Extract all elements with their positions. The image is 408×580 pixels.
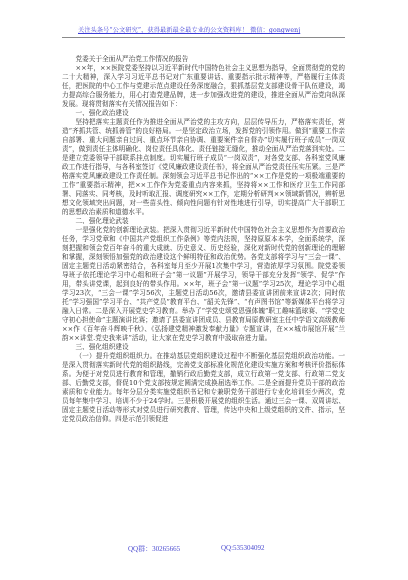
document-page: 关注头条号“公文研究”，获得最新最全最专业的公文资料库！ 微信：gongwenj…	[0, 0, 408, 580]
paragraph-section-1: 坚持把落实主题责任作为推进全面从严治党的主攻方向，层层传导压力，严格落实责任，营…	[62, 118, 345, 217]
footer-qq: QQ:535304092	[221, 544, 265, 552]
section-heading-1: 一、强化政治建设	[62, 109, 345, 118]
document-body: 党委关于全面从严治党工作情况的报告 ××年，××医院党委坚持以习近平新时代中国特…	[62, 55, 345, 424]
page-footer: QQ群：30265665 QQ:535304092	[0, 544, 408, 554]
section-heading-3: 三、强化组织建设	[62, 343, 345, 352]
header-banner-link[interactable]: 关注头条号“公文研究”，获得最新最全最专业的公文资料库！ 微信：gongwenj	[78, 26, 300, 35]
footer-qq-group: QQ群：30265665	[128, 544, 180, 554]
paragraph-section-2: 一是强化党的创新理论武装。把深入贯彻习近平新时代中国特色社会主义思想作为首要政治…	[62, 226, 345, 343]
page-header: 关注头条号“公文研究”，获得最新最全最专业的公文资料库！ 微信：gongwenj	[62, 26, 345, 38]
section-heading-2: 二、强化理论武装	[62, 217, 345, 226]
paragraph-intro: ××年，××医院党委坚持以习近平新时代中国特色社会主义思想为指导，全面贯彻党的党…	[62, 64, 345, 109]
document-title: 党委关于全面从严治党工作情况的报告	[62, 55, 345, 64]
paragraph-section-3: （一）提升党组织组织力。在推动基层党组织建设过程中不断强化基层党组织政治功能。一…	[62, 352, 345, 424]
